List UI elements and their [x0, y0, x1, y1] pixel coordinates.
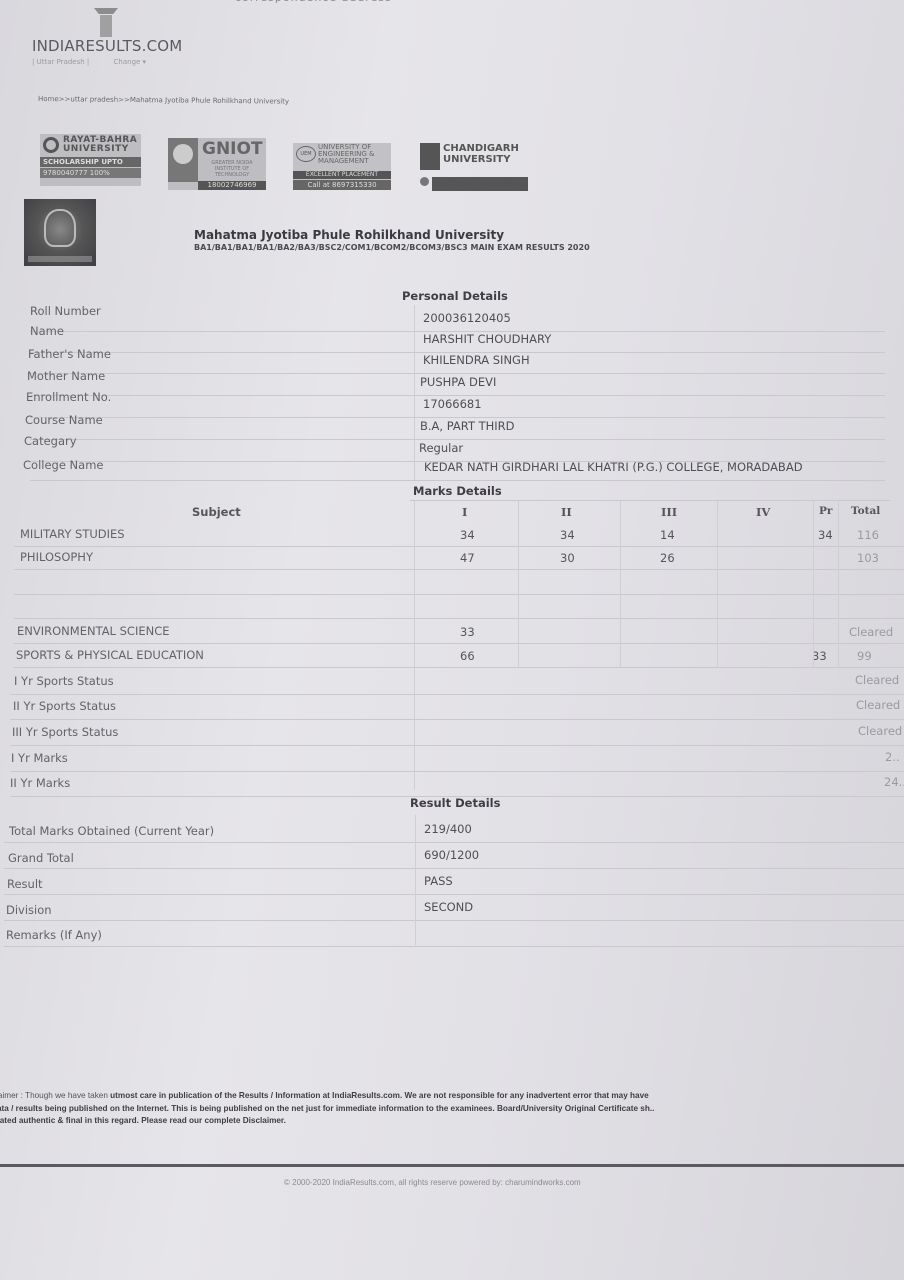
ad-text: EXCELLENT PLACEMENT — [293, 171, 391, 179]
personal-value: KHILENDRA SINGH — [423, 353, 530, 367]
row-divider — [30, 373, 885, 374]
personal-value: 17066681 — [423, 397, 482, 411]
result-value: PASS — [424, 874, 453, 888]
marks-i: 34 — [460, 528, 475, 542]
cut-off-text: correspondence address — [235, 0, 392, 4]
personal-value: PUSHPA DEVI — [420, 375, 496, 389]
ad-phone: 8968032222 — [420, 177, 432, 187]
personal-label: Father's Name — [28, 347, 111, 361]
marks-iii: 26 — [660, 551, 675, 565]
row-divider — [30, 417, 885, 418]
row-divider — [10, 771, 904, 772]
result-label: Grand Total — [8, 851, 74, 865]
extra-label: I Yr Sports Status — [14, 674, 114, 688]
personal-label: Name — [30, 324, 64, 338]
row-divider — [4, 868, 904, 869]
personal-details-title: Personal Details — [402, 289, 508, 303]
ad-title: GNIOT — [202, 139, 263, 159]
extra-value: 2.. — [885, 750, 900, 764]
marks-pr: 33 — [812, 649, 827, 663]
uem-logo-icon: UEM — [296, 146, 316, 162]
row-divider — [14, 618, 904, 619]
marks-total: 99 — [857, 649, 872, 663]
column-divider — [415, 815, 416, 945]
column-divider — [414, 500, 415, 790]
personal-value: Regular — [419, 441, 463, 455]
gniot-logo-icon — [168, 138, 198, 182]
university-emblem-icon — [24, 199, 96, 266]
subject-name: SPORTS & PHYSICAL EDUCATION — [16, 648, 204, 662]
extra-label: II Yr Marks — [10, 776, 70, 790]
result-label: Total Marks Obtained (Current Year) — [9, 824, 214, 838]
state-selector: | Uttar Pradesh | Change ▾ — [32, 58, 146, 66]
row-divider — [14, 667, 904, 668]
row-divider — [14, 643, 904, 644]
personal-value: KEDAR NATH GIRDHARI LAL KHATRI (P.G.) CO… — [424, 460, 803, 474]
column-divider — [518, 500, 519, 668]
result-value: 690/1200 — [424, 848, 479, 862]
row-divider — [10, 719, 904, 720]
ad-text: GREATER NOIDA INSTITUTE OF TECHNOLOGY — [202, 160, 262, 178]
result-label: Remarks (If Any) — [6, 928, 102, 942]
result-label: Result — [7, 877, 43, 891]
row-divider — [10, 694, 904, 695]
personal-label: College Name — [23, 458, 104, 472]
site-logo-icon[interactable] — [94, 8, 118, 38]
header-ii: II — [561, 505, 572, 519]
extra-value: Cleared — [855, 673, 899, 687]
ad-rayat-bahra[interactable]: RAYAT-BAHRAUNIVERSITY SCHOLARSHIP UPTO 9… — [40, 134, 141, 186]
ad-text: UNIVERSITY OFENGINEERING &MANAGEMENT — [318, 144, 375, 165]
subject-name: PHILOSOPHY — [20, 550, 93, 564]
header-pr: Pr — [819, 505, 832, 517]
personal-value: HARSHIT CHOUDHARY — [423, 332, 551, 346]
personal-label: Categary — [24, 434, 77, 448]
extra-value: Cleared — [856, 698, 900, 712]
row-divider — [10, 745, 904, 746]
marks-details-title: Marks Details — [413, 484, 502, 498]
marks-i: 66 — [460, 649, 475, 663]
ad-gniot[interactable]: GNIOT GREATER NOIDA INSTITUTE OF TECHNOL… — [168, 138, 266, 190]
header-subject: Subject — [192, 505, 241, 519]
row-divider — [14, 569, 904, 570]
result-value: SECOND — [424, 900, 473, 914]
extra-label: III Yr Sports Status — [12, 725, 118, 739]
disclaimer-text: claimer : Though we have taken utmost ca… — [0, 1090, 904, 1128]
row-divider — [4, 842, 904, 843]
breadcrumb[interactable]: Home>>uttar pradesh>>Mahatma Jyotiba Phu… — [38, 95, 289, 106]
extra-label: I Yr Marks — [11, 751, 68, 765]
ad-phone: 18002746969 — [198, 181, 266, 190]
personal-label: Course Name — [25, 413, 103, 427]
row-divider — [30, 480, 885, 481]
ad-phone: Call at 8697315330 — [293, 180, 391, 190]
subject-name: MILITARY STUDIES — [20, 527, 125, 541]
marks-total: 116 — [857, 528, 879, 542]
row-divider — [14, 594, 904, 595]
ad-text: UNIVERSITY — [63, 145, 137, 154]
ad-phone: 9780040777 100% — [40, 168, 141, 178]
footer-divider — [0, 1164, 904, 1167]
row-divider — [30, 395, 885, 396]
ad-text: SCHOLARSHIP UPTO — [40, 157, 141, 167]
site-name[interactable]: INDIARESULTS.COM — [32, 37, 182, 55]
extra-value: Cleared — [858, 724, 902, 738]
row-divider — [4, 920, 904, 921]
marks-total: 103 — [857, 551, 879, 565]
exam-title: BA1/BA1/BA1/BA1/BA2/BA3/BSC2/COM1/BCOM2/… — [194, 243, 590, 252]
row-divider — [30, 439, 885, 440]
result-details-title: Result Details — [410, 796, 500, 810]
column-divider — [717, 500, 718, 668]
personal-value: 200036120405 — [423, 311, 511, 325]
marks-pr: 34 — [818, 528, 833, 542]
state-label: | Uttar Pradesh | — [32, 58, 89, 66]
marks-i: 33 — [460, 625, 475, 639]
personal-label: Mother Name — [27, 369, 105, 383]
header-i: I — [462, 505, 467, 519]
row-divider — [4, 894, 904, 895]
column-divider — [620, 500, 621, 668]
result-label: Division — [6, 903, 52, 917]
marks-ii: 34 — [560, 528, 575, 542]
extra-label: II Yr Sports Status — [13, 699, 116, 713]
row-divider — [410, 500, 890, 501]
personal-value: B.A, PART THIRD — [420, 419, 515, 433]
marks-iii: 14 — [660, 528, 675, 542]
extra-value: 24.. — [884, 775, 904, 789]
ad-text: CHANDIGARHUNIVERSITY — [443, 143, 519, 165]
university-name: Mahatma Jyotiba Phule Rohilkhand Univers… — [194, 228, 504, 242]
header-iv: IV — [756, 505, 770, 519]
header-total: Total — [851, 505, 880, 517]
column-divider — [813, 500, 814, 668]
column-divider — [414, 305, 415, 480]
result-value: 219/400 — [424, 822, 472, 836]
personal-label: Roll Number — [30, 304, 101, 318]
row-divider — [4, 946, 904, 947]
footer-copyright: © 2000-2020 IndiaResults.com, all rights… — [284, 1178, 581, 1187]
phone-icon — [420, 177, 429, 186]
subject-name: ENVIRONMENTAL SCIENCE — [17, 624, 170, 638]
column-divider — [838, 500, 839, 668]
change-state-link[interactable]: Change ▾ — [114, 58, 147, 66]
marks-ii: 30 — [560, 551, 575, 565]
row-divider — [14, 546, 904, 547]
marks-total: Cleared — [849, 625, 893, 639]
ad-uem[interactable]: UEM UNIVERSITY OFENGINEERING &MANAGEMENT… — [293, 143, 391, 190]
header-iii: III — [661, 505, 677, 519]
rayat-logo-icon — [43, 137, 59, 153]
ad-chandigarh[interactable]: CHANDIGARHUNIVERSITY 8968032222 — [420, 143, 516, 191]
disclaimer-link[interactable]: Disclaimer. — [243, 1116, 286, 1125]
cu-logo-icon — [420, 143, 440, 170]
personal-label: Enrollment No. — [26, 390, 111, 404]
marks-i: 47 — [460, 551, 475, 565]
